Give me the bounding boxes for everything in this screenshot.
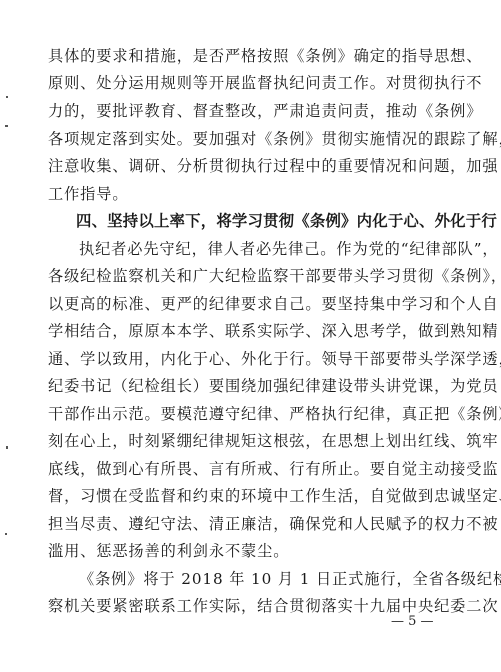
paragraph-line: 工作指导。: [48, 184, 450, 204]
paragraph-line: 担当尽责、遵纪守法、清正廉洁，确保党和人民赋予的权力不被: [48, 514, 450, 534]
paragraph-line: 学相结合，原原本本学、联系实际学、深入思考学，做到熟知精: [48, 321, 450, 341]
paragraph-line: 注意收集、调研、分析贯彻执行过程中的重要情况和问题，加强: [48, 156, 450, 176]
paragraph-line: 督，习惯在受监督和约束的环境中工作生活，自觉做到忠诚坚定、: [48, 486, 450, 506]
scan-mark: [5, 125, 8, 127]
paragraph-line: 干部作出示范。要模范遵守纪律、严格执行纪律，真正把《条例》: [48, 404, 450, 424]
scan-mark: [6, 96, 8, 98]
paragraph-line: 刻在心上，时刻紧绷纪律规矩这根弦，在思想上划出红线、筑牢: [48, 431, 450, 451]
document-page: 具体的要求和措施，是否严格按照《条例》确定的指导思想、 原则、处分运用规则等开展…: [0, 0, 501, 672]
paragraph-line: 《条例》将于 2018 年 10 月 1 日正式施行，全省各级纪检监: [79, 569, 450, 589]
paragraph-line: 滥用、惩恶扬善的利剑永不蒙尘。: [48, 541, 450, 561]
paragraph-line: 执纪者必先守纪，律人者必先律己。作为党的“纪律部队”，: [79, 239, 450, 259]
scan-mark: [6, 446, 8, 449]
paragraph-line: 原则、处分运用规则等开展监督执纪问责工作。对贯彻执行不: [48, 73, 450, 93]
paragraph-line: 具体的要求和措施，是否严格按照《条例》确定的指导思想、: [48, 46, 450, 66]
section-heading: 四、坚持以上率下，将学习贯彻《条例》内化于心、外化于行: [76, 211, 478, 231]
paragraph-line: 纪委书记（纪检组长）要围绕加强纪律建设带头讲党课，为党员: [48, 376, 450, 396]
page-number: — 5 —: [391, 612, 434, 632]
paragraph-line: 通、学以致用，内化于心、外化于行。领导干部要带头学深学透，: [48, 349, 450, 369]
paragraph-line: 各项规定落到实处。要加强对《条例》贯彻实施情况的跟踪了解，: [48, 129, 450, 149]
scan-mark: [5, 533, 7, 535]
paragraph-line: 察机关要紧密联系工作实际，结合贯彻落实十九届中央纪委二次: [48, 596, 450, 616]
paragraph-line: 底线，做到心有所畏、言有所戒、行有所止。要自觉主动接受监: [48, 459, 450, 479]
paragraph-line: 以更高的标准、更严的纪律要求自己。要坚持集中学习和个人自: [48, 294, 450, 314]
paragraph-line: 各级纪检监察机关和广大纪检监察干部要带头学习贯彻《条例》，: [48, 266, 450, 286]
paragraph-line: 力的，要批评教育、督查整改，严肃追责问责，推动《条例》: [48, 101, 450, 121]
